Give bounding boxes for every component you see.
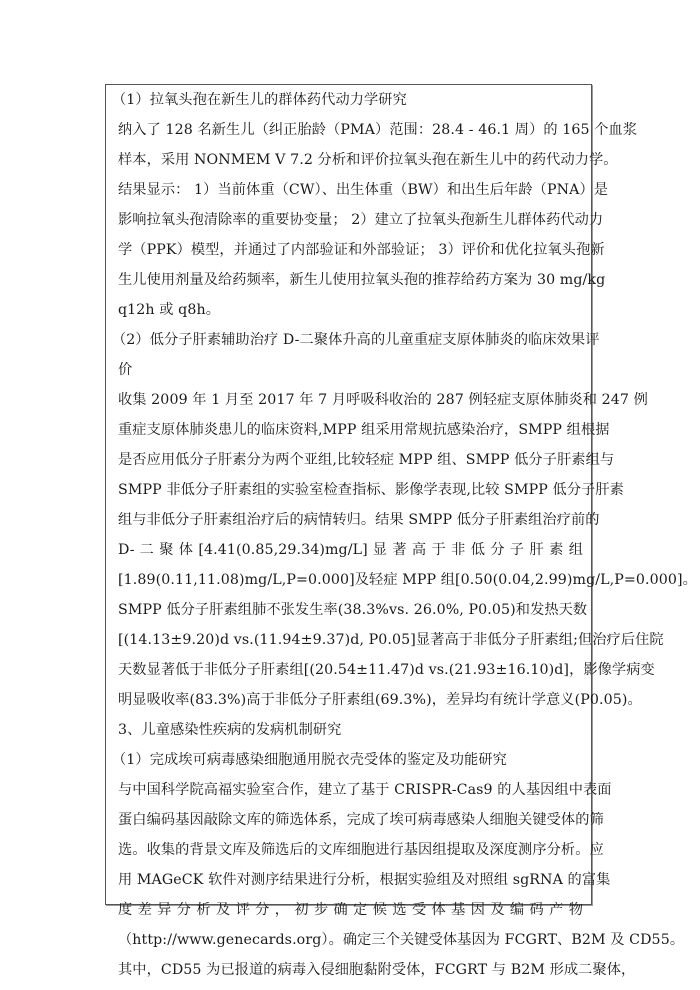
subheading-lmwh-smpp-cont: 价: [118, 360, 583, 380]
content-table-cell: （1）拉氧头孢在新生儿的群体药代动力学研究 纳入了 128 名新生儿（纠正胎龄（…: [105, 84, 592, 905]
paragraph-line: 样本，采用 NONMEM V 7.2 分析和评价拉氧头孢在新生儿中的药代动力学。: [118, 150, 583, 170]
paragraph-line: q12h 或 q8h。: [118, 300, 583, 320]
paragraph-line: D- 二 聚 体 [4.41(0.85,29.34)mg/L] 显 著 高 于 …: [118, 540, 583, 560]
subheading-lmwh-smpp: （2）低分子肝素辅助治疗 D-二聚体升高的儿童重症支原体肺炎的临床效果评: [112, 330, 577, 350]
paragraph-line: 天数显著低于非低分子肝素组[(20.54±11.47)d vs.(21.93±1…: [118, 660, 583, 680]
paragraph-line: 生儿使用剂量及给药频率，新生儿使用拉氧头孢的推荐给药方案为 30 mg/kg: [118, 270, 583, 290]
paragraph-line: 是否应用低分子肝素分为两个亚组,比较轻症 MPP 组、SMPP 低分子肝素组与: [118, 450, 583, 470]
paragraph-line: 纳入了 128 名新生儿（纠正胎龄（PMA）范围：28.4 - 46.1 周）的…: [118, 120, 583, 140]
paragraph-line: [1.89(0.11,11.08)mg/L,P=0.000]及轻症 MPP 组[…: [118, 570, 583, 590]
paragraph-line: 与中国科学院高福实验室合作，建立了基于 CRISPR-Cas9 的人基因组中表面: [118, 780, 583, 800]
paragraph-line: 蛋白编码基因敲除文库的筛选体系，完成了埃可病毒感染人细胞关键受体的筛: [118, 810, 583, 830]
paragraph-line: 度差异分析及评分，初步确定候选受体基因及编码产物: [118, 900, 583, 920]
paragraph-line: [(14.13±9.20)d vs.(11.94±9.37)d, P0.05]显…: [118, 630, 583, 650]
paragraph-line: 组与非低分子肝素组治疗后的病情转归。结果 SMPP 低分子肝素组治疗前的: [118, 510, 583, 530]
paragraph-line: 用 MAGeCK 软件对测序结果进行分析，根据实验组及对照组 sgRNA 的富集: [118, 870, 583, 890]
paragraph-line: 结果显示： 1）当前体重（CW）、出生体重（BW）和出生后年龄（PNA）是: [118, 180, 583, 200]
paragraph-line: 明显吸收率(83.3%)高于非低分子肝素组(69.3%)，差异均有统计学意义(P…: [118, 690, 583, 710]
subheading-latamoxef-ppk: （1）拉氧头孢在新生儿的群体药代动力学研究: [112, 90, 577, 110]
paragraph-line: （http://www.genecards.org）。确定三个关键受体基因为 F…: [118, 930, 583, 950]
paragraph-line: 重症支原体肺炎患儿的临床资料,MPP 组采用常规抗感染治疗，SMPP 组根据: [118, 420, 583, 440]
paragraph-line: SMPP 非低分子肝素组的实验室检查指标、影像学表现,比较 SMPP 低分子肝素: [118, 480, 583, 500]
paragraph-line: 学（PPK）模型，并通过了内部验证和外部验证； 3）评价和优化拉氧头孢新: [118, 240, 583, 260]
subheading-echovirus-receptor: （1）完成埃可病毒感染细胞通用脱衣壳受体的鉴定及功能研究: [112, 750, 577, 770]
paragraph-line: SMPP 低分子肝素组肺不张发生率(38.3%vs. 26.0%, P0.05)…: [118, 600, 583, 620]
paragraph-line: 选。收集的背景文库及筛选后的文库细胞进行基因组提取及深度测序分析。应: [118, 840, 583, 860]
paragraph-line: 影响拉氧头孢清除率的重要协变量； 2）建立了拉氧头孢新生儿群体药代动力: [118, 210, 583, 230]
section-heading-infectious-disease-pathogenesis: 3、儿童感染性疾病的发病机制研究: [118, 720, 583, 740]
paragraph-line: 其中，CD55 为已报道的病毒入侵细胞黏附受体，FCGRT 与 B2M 形成二聚…: [118, 960, 583, 980]
paragraph-line: 收集 2009 年 1 月至 2017 年 7 月呼吸科收治的 287 例轻症支…: [118, 390, 583, 410]
